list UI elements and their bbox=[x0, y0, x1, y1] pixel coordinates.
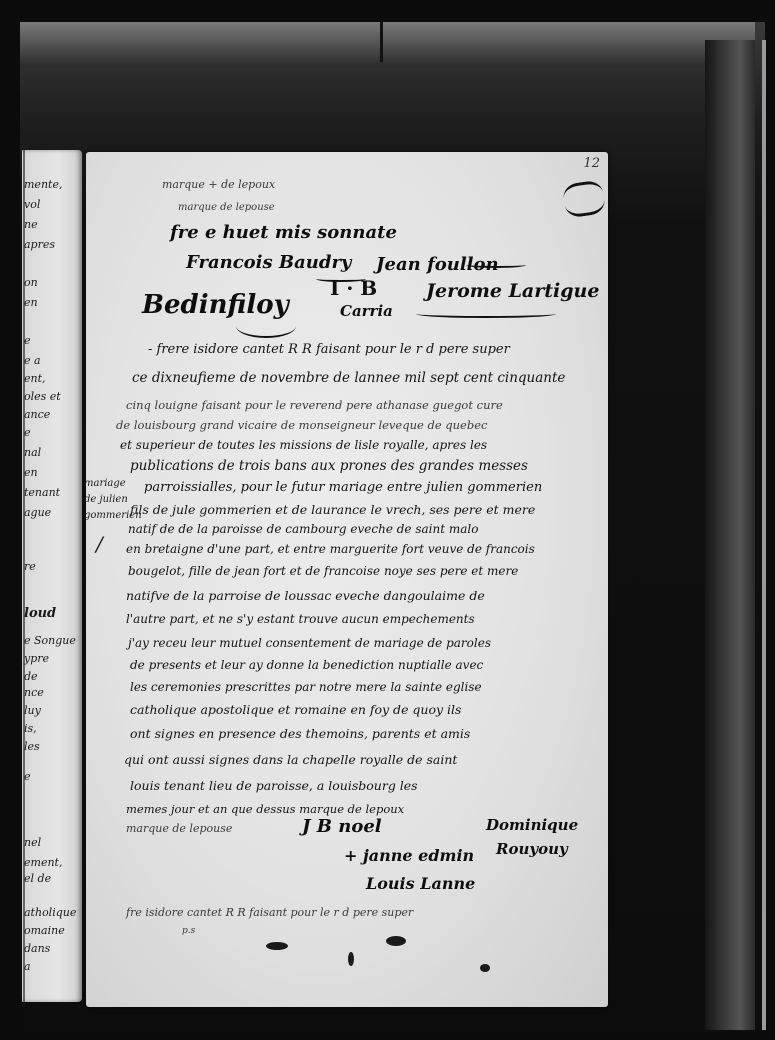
left-fragment: mente, bbox=[24, 178, 62, 191]
body-line: parroissialles, pour le futur mariage en… bbox=[144, 480, 542, 495]
body-line: bougelot, fille de jean fort et de franc… bbox=[128, 564, 518, 578]
left-fragment: tenant bbox=[24, 486, 60, 499]
left-fragment: a bbox=[24, 960, 31, 973]
left-fragment: oles et bbox=[24, 390, 61, 403]
ink-blot bbox=[386, 936, 406, 946]
signature-flourish bbox=[236, 314, 296, 338]
body-line: ce dixneufieme de novembre de lannee mil… bbox=[132, 370, 565, 386]
register-page: 12 marque + de lepoux marque de lepouse … bbox=[86, 152, 608, 1007]
body-line: marque de lepouse bbox=[126, 822, 232, 835]
left-fragment: atholique bbox=[24, 906, 76, 919]
body-line: memes jour et an que dessus marque de le… bbox=[126, 802, 404, 816]
folio-number: 12 bbox=[583, 156, 600, 171]
signature-dominique: Dominique bbox=[486, 816, 578, 834]
left-fragment: e bbox=[24, 334, 31, 347]
body-line: qui ont aussi signes dans la chapelle ro… bbox=[124, 752, 457, 767]
body-line: en bretaigne d'une part, et entre margue… bbox=[126, 542, 535, 556]
body-line: natif de de la paroisse de cambourg evec… bbox=[128, 522, 478, 536]
right-edge-line bbox=[762, 40, 766, 1030]
body-line: de presents et leur ay donne la benedict… bbox=[130, 658, 483, 672]
left-fragment: nce bbox=[24, 686, 44, 699]
signature-rouyouy: Rouyouy bbox=[496, 840, 568, 858]
left-fragment: en bbox=[24, 296, 38, 309]
body-line: - frere isidore cantet R R faisant pour … bbox=[148, 342, 510, 357]
left-fragment: ance bbox=[24, 408, 50, 421]
left-fragment: el de bbox=[24, 872, 51, 885]
body-line: de louisbourg grand vicaire de monseigne… bbox=[116, 418, 487, 432]
body-line: publications de trois bans aux prones de… bbox=[130, 458, 528, 474]
closing-fragment: p.s bbox=[182, 926, 195, 936]
body-line: les ceremonies prescrittes par notre mer… bbox=[130, 680, 482, 694]
left-fragment: e Songue bbox=[24, 634, 76, 647]
signature-line-1: fre e huet mis sonnate bbox=[170, 222, 397, 243]
signature-jeanne: + janne edmin bbox=[344, 846, 474, 865]
body-line: natifve de la parroise de loussac eveche… bbox=[126, 588, 485, 603]
signature-noel: J B noel bbox=[302, 816, 382, 837]
body-line: louis tenant lieu de paroisse, a louisbo… bbox=[130, 778, 418, 793]
left-fragment: apres bbox=[24, 238, 55, 251]
margin-note-line: gommerien bbox=[84, 510, 142, 521]
signature-carria: Carria bbox=[340, 302, 393, 320]
left-fragment: on bbox=[24, 276, 38, 289]
signature-francois-baudry: Francois Baudry bbox=[186, 252, 351, 273]
left-fragment: luy bbox=[24, 704, 41, 717]
left-fragment: e a bbox=[24, 354, 41, 367]
left-fragment: ement, bbox=[24, 856, 62, 869]
body-line: j'ay receu leur mutuel consentement de m… bbox=[128, 636, 491, 650]
initials-ib: I · B bbox=[330, 276, 377, 300]
left-fragment: en bbox=[24, 466, 38, 479]
body-line: catholique apostolique et romaine en foy… bbox=[130, 702, 461, 717]
left-fragment: vol bbox=[24, 198, 40, 211]
left-fragment: loud bbox=[24, 606, 56, 621]
body-line: fils de jule gommerien et de laurance le… bbox=[130, 502, 535, 517]
left-fragment: de bbox=[24, 670, 38, 683]
ink-blot bbox=[348, 952, 354, 966]
paraph-flourish-icon bbox=[562, 179, 606, 218]
left-fragment: ne bbox=[24, 218, 38, 231]
body-line: l'autre part, et ne s'y estant trouve au… bbox=[126, 612, 475, 626]
signature-flourish bbox=[416, 310, 556, 318]
ink-blot bbox=[480, 964, 490, 972]
left-fragment: e bbox=[24, 426, 31, 439]
top-binding-strip bbox=[20, 22, 755, 67]
left-fragment: is, bbox=[24, 722, 37, 735]
facing-page-left: mente, vol ne apres on en e e a ent, ole… bbox=[22, 150, 82, 1002]
margin-mark: / bbox=[96, 532, 103, 556]
left-fragment: ypre bbox=[24, 652, 49, 665]
underline-flourish bbox=[466, 262, 526, 268]
left-fragment: ent, bbox=[24, 372, 46, 385]
margin-note-line: mariage bbox=[84, 478, 126, 489]
left-fragment: nel bbox=[24, 836, 41, 849]
bride-mark-annotation: marque de lepouse bbox=[178, 202, 275, 213]
left-fragment: les bbox=[24, 740, 40, 753]
body-line: cinq louigne faisant pour le reverend pe… bbox=[126, 398, 503, 412]
signature-jerome-lartigue: Jerome Lartigue bbox=[426, 280, 599, 302]
top-divider-line bbox=[380, 22, 383, 62]
left-fragment: ague bbox=[24, 506, 51, 519]
ink-blot bbox=[266, 942, 288, 950]
right-shadow-strip bbox=[705, 40, 755, 1030]
body-line: et superieur de toutes les missions de l… bbox=[120, 438, 487, 452]
left-fragment: nal bbox=[24, 446, 41, 459]
left-fragment: omaine bbox=[24, 924, 65, 937]
left-fragment: e bbox=[24, 770, 31, 783]
signature-louis-lanne: Louis Lanne bbox=[366, 874, 475, 893]
margin-note-line: de julien bbox=[84, 494, 128, 505]
groom-mark-annotation: marque + de lepoux bbox=[162, 178, 275, 191]
closing-line: fre isidore cantet R R faisant pour le r… bbox=[126, 906, 413, 919]
left-fragment: re bbox=[24, 560, 36, 573]
body-line: ont signes en presence des themoins, par… bbox=[130, 726, 470, 741]
left-fragment: dans bbox=[24, 942, 50, 955]
